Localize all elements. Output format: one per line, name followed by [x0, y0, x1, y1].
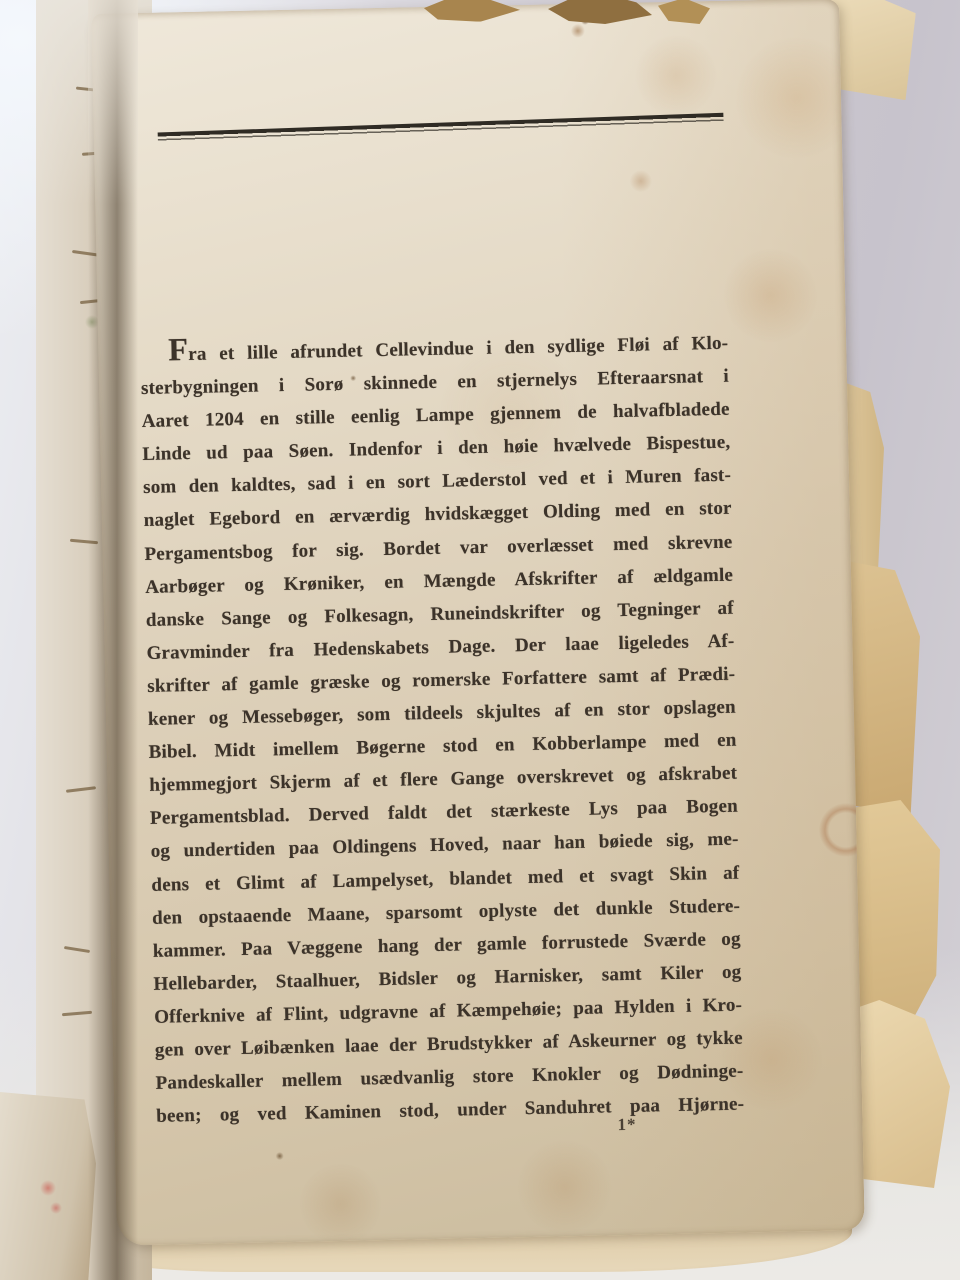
torn-underpage-right-3	[846, 800, 940, 1025]
spine-bottom-end	[0, 1092, 96, 1280]
stitch-mark	[70, 539, 98, 544]
book-page: Fra et lille afrundet Cellevindue i den …	[91, 0, 865, 1246]
stitch-mark	[64, 946, 90, 953]
stitch-mark	[62, 1011, 92, 1017]
signature-mark: 1*	[617, 1115, 636, 1135]
stitch-mark	[66, 786, 96, 793]
text-block: Fra et lille afrundet Cellevindue i den …	[140, 327, 745, 1133]
book-photo: Fra et lille afrundet Cellevindue i den …	[0, 0, 960, 1280]
head-rule	[158, 113, 724, 143]
